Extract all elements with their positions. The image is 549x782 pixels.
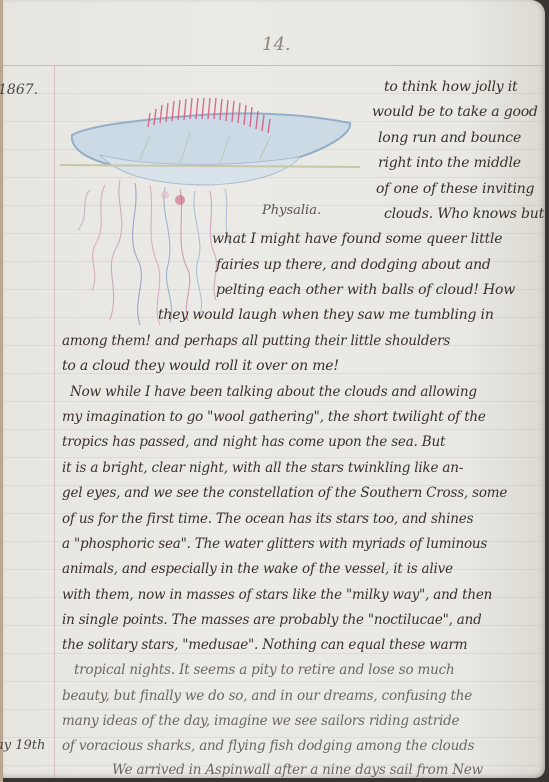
page-number: 14. bbox=[262, 34, 291, 55]
illustration-caption: Physalia. bbox=[262, 203, 321, 218]
text-line: my imagination to go "wool gathering", t… bbox=[62, 409, 486, 425]
text-line: it is a bright, clear night, with all th… bbox=[62, 460, 463, 476]
text-line: We arrived in Aspinwall after a nine day… bbox=[112, 762, 483, 778]
margin-rule bbox=[54, 65, 55, 778]
text-line: tropics has passed, and night has come u… bbox=[62, 434, 445, 450]
text-line: gel eyes, and we see the constellation o… bbox=[62, 485, 507, 501]
text-line: many ideas of the day, imagine we see sa… bbox=[62, 713, 459, 729]
text-line: clouds. Who knows but bbox=[384, 206, 544, 222]
text-line: to a cloud they would roll it over on me… bbox=[62, 358, 339, 374]
text-line: of us for the first time. The ocean has … bbox=[62, 511, 473, 527]
margin-date: ay 19th bbox=[0, 738, 45, 753]
text-line: in single points. The masses are probabl… bbox=[62, 612, 482, 628]
margin-year: 1867. bbox=[0, 82, 38, 98]
text-line: the solitary stars, "medusae". Nothing c… bbox=[62, 637, 467, 653]
text-line: animals, and especially in the wake of t… bbox=[62, 561, 453, 577]
journal-page: 14. 1867. ay 19th bbox=[0, 0, 545, 778]
text-line: would be to take a good bbox=[372, 104, 538, 120]
text-line: to think how jolly it bbox=[384, 79, 517, 95]
text-line: right into the middle bbox=[378, 155, 521, 171]
text-line: they would laugh when they saw me tumbli… bbox=[158, 307, 494, 323]
text-line: fairies up there, and dodging about and bbox=[216, 257, 491, 273]
binding-edge bbox=[0, 0, 3, 782]
text-line: what I might have found some queer littl… bbox=[212, 231, 502, 247]
text-line: of voracious sharks, and flying fish dod… bbox=[62, 738, 474, 754]
text-line: long run and bounce bbox=[378, 130, 521, 146]
text-line: tropical nights. It seems a pity to reti… bbox=[74, 662, 454, 678]
text-line: among them! and perhaps all putting thei… bbox=[62, 333, 450, 349]
text-line: beauty, but finally we do so, and in our… bbox=[62, 688, 472, 704]
text-line: pelting each other with balls of cloud! … bbox=[216, 282, 515, 298]
text-line: of one of these inviting bbox=[376, 181, 534, 197]
text-line: with them, now in masses of stars like t… bbox=[62, 587, 492, 603]
header-rule bbox=[0, 65, 545, 66]
text-line: Now while I have been talking about the … bbox=[70, 384, 477, 400]
text-line: a "phosphoric sea". The water glitters w… bbox=[62, 536, 487, 552]
